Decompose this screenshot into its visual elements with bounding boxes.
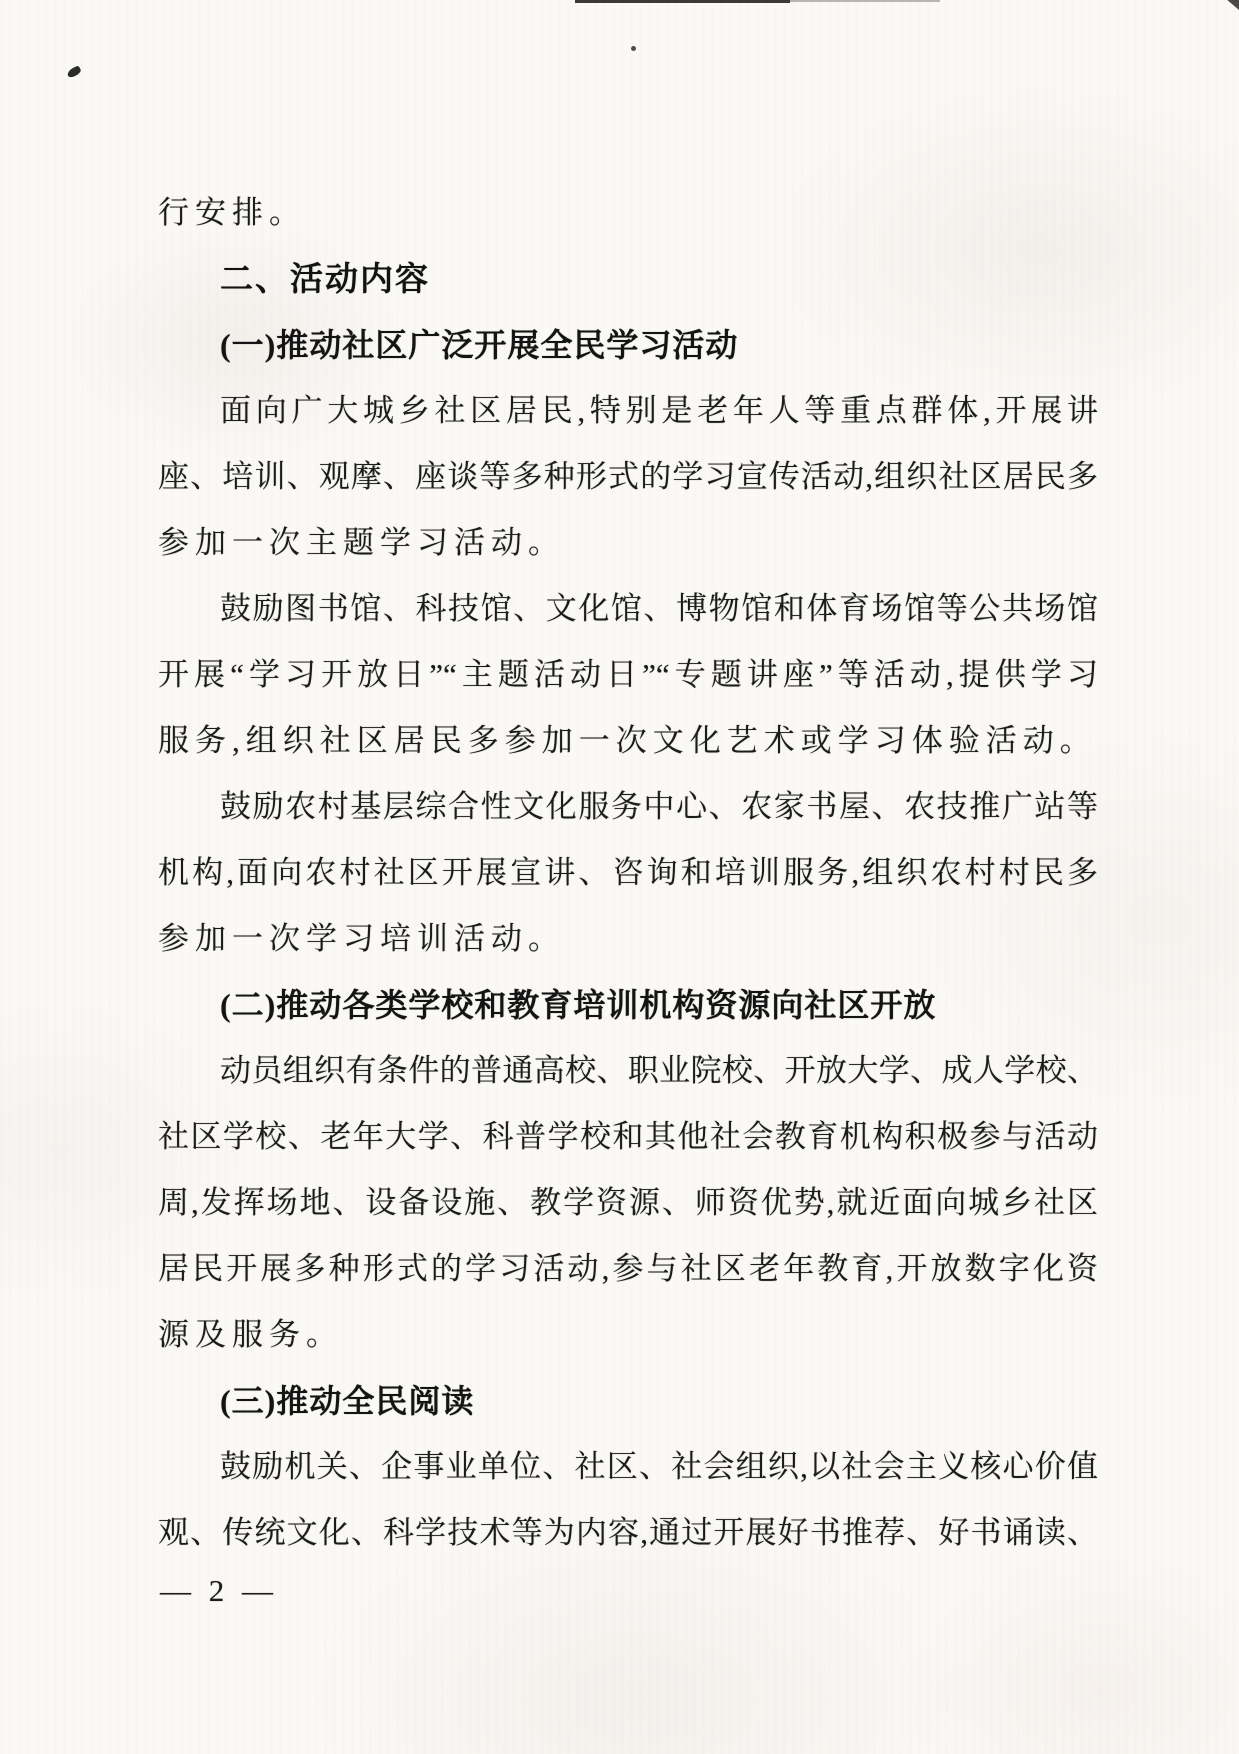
document-lines: 行安排。二、活动内容(一)推动社区广泛开展全民学习活动面向广大城乡社区居民,特别…: [158, 180, 1098, 1566]
text-line: 参加一次学习培训活动。: [158, 906, 1098, 972]
text-line: 开展“学习开放日”“主题活动日”“专题讲座”等活动,提供学习: [158, 642, 1098, 708]
text-line: 面向广大城乡社区居民,特别是老年人等重点群体,开展讲: [158, 378, 1098, 444]
subheading-line: (一)推动社区广泛开展全民学习活动: [158, 312, 1098, 378]
text-line: 鼓励图书馆、科技馆、文化馆、博物馆和体育场馆等公共场馆: [158, 576, 1098, 642]
text-line: 观、传统文化、科学技术等为内容,通过开展好书推荐、好书诵读、: [158, 1500, 1098, 1566]
text-line: 动员组织有条件的普通高校、职业院校、开放大学、成人学校、: [158, 1038, 1098, 1104]
scan-artifact-top-edge: [575, 0, 790, 3]
text-line: 周,发挥场地、设备设施、教学资源、师资优势,就近面向城乡社区: [158, 1170, 1098, 1236]
text-line: 座、培训、观摩、座谈等多种形式的学习宣传活动,组织社区居民多: [158, 444, 1098, 510]
document-page: 行安排。二、活动内容(一)推动社区广泛开展全民学习活动面向广大城乡社区居民,特别…: [0, 0, 1239, 1754]
ink-dot: [631, 46, 636, 51]
page-number: — 2 —: [160, 1566, 278, 1616]
scan-artifact-top-edge-faint: [790, 0, 940, 2]
subheading-line: (三)推动全民阅读: [158, 1368, 1098, 1434]
subheading-line: (二)推动各类学校和教育培训机构资源向社区开放: [158, 972, 1098, 1038]
text-line: 社区学校、老年大学、科普学校和其他社会教育机构积极参与活动: [158, 1104, 1098, 1170]
text-line: 鼓励农村基层综合性文化服务中心、农家书屋、农技推广站等: [158, 774, 1098, 840]
text-line: 机构,面向农村社区开展宣讲、咨询和培训服务,组织农村村民多: [158, 840, 1098, 906]
text-line: 行安排。: [158, 180, 1098, 246]
text-line: 服务,组织社区居民多参加一次文化艺术或学习体验活动。: [158, 708, 1098, 774]
text-line: 参加一次主题学习活动。: [158, 510, 1098, 576]
scan-artifact-corner: [1221, 0, 1239, 10]
heading-line: 二、活动内容: [158, 246, 1098, 312]
text-line: 源及服务。: [158, 1302, 1098, 1368]
text-line: 居民开展多种形式的学习活动,参与社区老年教育,开放数字化资: [158, 1236, 1098, 1302]
ink-speck: [66, 65, 82, 79]
text-line: 鼓励机关、企事业单位、社区、社会组织,以社会主义核心价值: [158, 1434, 1098, 1500]
